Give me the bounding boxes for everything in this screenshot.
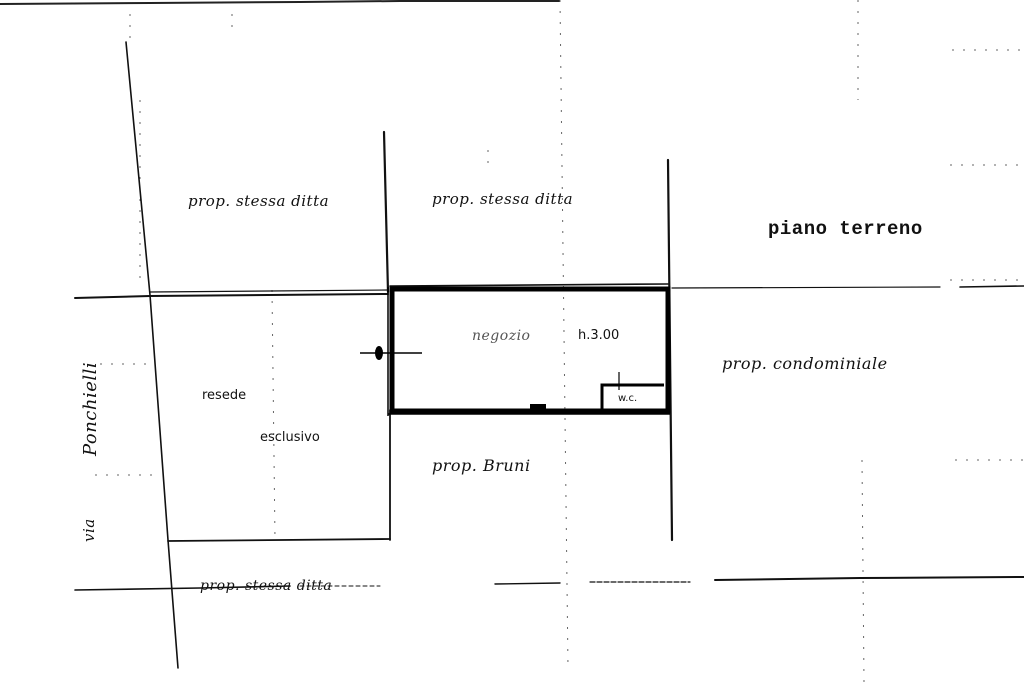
label-room-name: negozio [472,328,530,344]
plan-title: piano terreno [768,218,923,240]
label-street-via: via [80,518,98,542]
label-wc: w.c. [618,393,637,404]
label-prop-condominiale: prop. condominiale [722,354,888,373]
label-prop-top-left: prop. stessa ditta [188,192,329,210]
label-esclusivo: esclusivo [260,430,320,445]
label-prop-bruni: prop. Bruni [432,456,531,475]
label-resede: resede [202,388,246,403]
label-room-height: h.3.00 [578,328,619,343]
label-prop-top-mid: prop. stessa ditta [432,190,573,208]
label-prop-bottom: prop. stessa ditta [200,578,332,594]
top-edge-scan-line [0,1,560,4]
label-street-name: Ponchielli [80,362,101,456]
